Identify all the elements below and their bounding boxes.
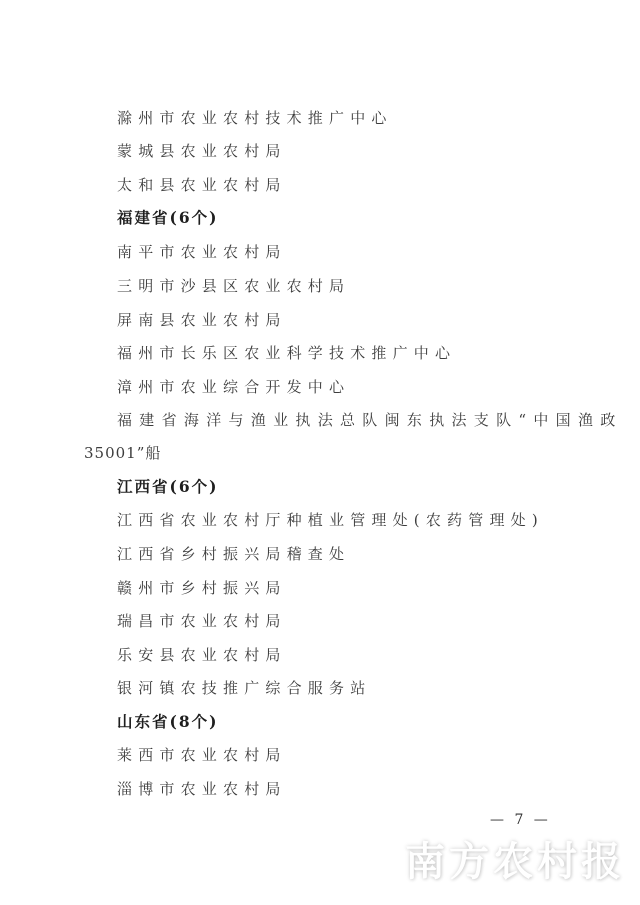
- list-item: 福州市长乐区农业科学技术推广中心: [117, 343, 456, 363]
- list-item: 江西省乡村振兴局稽查处: [117, 544, 350, 564]
- list-item: 滁州市农业农村技术推广中心: [117, 108, 393, 128]
- list-item: 江西省农业农村厅种植业管理处(农药管理处): [117, 510, 544, 530]
- section-heading: 江西省(6个): [117, 477, 218, 497]
- list-item: 银河镇农技推广综合服务站: [117, 678, 371, 698]
- list-item: 三明市沙县区农业农村局: [117, 276, 350, 296]
- section-heading: 福建省(6个): [117, 208, 218, 228]
- document-page: 滁州市农业农村技术推广中心 蒙城县农业农村局 太和县农业农村局 福建省(6个) …: [0, 0, 640, 905]
- list-item-continuation: 35001”船: [84, 443, 161, 463]
- list-item: 乐安县农业农村局: [117, 645, 287, 665]
- list-item: 屏南县农业农村局: [117, 310, 287, 330]
- list-item: 太和县农业农村局: [117, 175, 287, 195]
- list-item: 淄博市农业农村局: [117, 779, 287, 799]
- list-item: 瑞昌市农业农村局: [117, 611, 287, 631]
- list-item: 赣州市乡村振兴局: [117, 578, 287, 598]
- list-item: 南平市农业农村局: [117, 242, 287, 262]
- section-heading: 山东省(8个): [117, 712, 218, 732]
- list-item: 漳州市农业综合开发中心: [117, 377, 350, 397]
- list-item: 福建省海洋与渔业执法总队闽东执法支队“中国渔政: [117, 410, 623, 430]
- list-item: 蒙城县农业农村局: [117, 141, 287, 161]
- watermark: 南方农村报: [405, 830, 625, 887]
- list-item: 莱西市农业农村局: [117, 745, 287, 765]
- page-number: — 7 —: [490, 812, 551, 828]
